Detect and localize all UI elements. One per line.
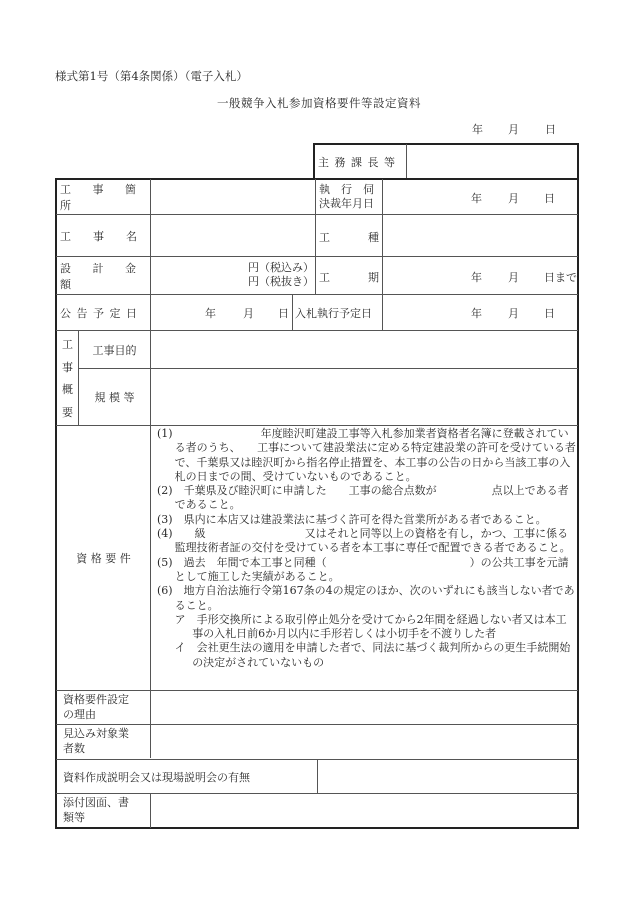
period-label-left: 工 xyxy=(319,269,330,285)
notice-date-label: 公 告 予 定 日 xyxy=(60,295,150,330)
work-type-field[interactable] xyxy=(383,215,577,256)
bid-day: 日 xyxy=(544,305,555,321)
scale-label: 規 模 等 xyxy=(79,369,150,425)
requirement-6-i: イ 会社更生法の適用を申請した者で、同法に基づく裁判所からの更生手続開始の決定が… xyxy=(157,641,577,670)
scale-field[interactable] xyxy=(151,369,577,425)
overview-char-3: 概 xyxy=(57,379,78,402)
overview-char-2: 事 xyxy=(57,357,78,380)
period-month: 月 xyxy=(508,269,519,285)
decision-date-field[interactable]: 年 月 日 xyxy=(383,190,577,204)
page-title: 一般競争入札参加資格要件等設定資料 xyxy=(217,95,421,111)
date-month: 月 xyxy=(508,121,519,137)
period-year: 年 xyxy=(471,269,482,285)
amount-tax-included: 円（税込み） xyxy=(151,261,314,275)
form-number: 様式第1号（第4条関係）（電子入札） xyxy=(55,68,248,84)
work-type-label-left: 工 xyxy=(319,229,330,245)
requirements-label: 資 格 要 件 xyxy=(57,426,150,690)
overview-char-1: 工 xyxy=(57,334,78,357)
reason-label: 資格要件設定 の理由 xyxy=(63,693,129,722)
decision-month: 月 xyxy=(508,190,519,206)
briefing-field[interactable] xyxy=(318,760,577,793)
notice-month: 月 xyxy=(243,305,254,321)
attachments-label: 添付図面、書 類等 xyxy=(63,796,129,825)
requirements-list: (1) 年度睦沢町建設工事等入札参加業者資格者名簿に登載されている者のうち、 工… xyxy=(157,427,577,670)
reason-field[interactable] xyxy=(151,691,577,724)
requirement-6: (6) 地方自治法施行令第167条の4の規定のほか、次のいずれにも該当しない者で… xyxy=(157,584,577,613)
date-day: 日 xyxy=(545,121,556,137)
purpose-label: 工事目的 xyxy=(79,331,150,368)
design-amount-label: 設 計 金 額 xyxy=(60,257,150,294)
location-field[interactable] xyxy=(151,179,315,214)
decision-year: 年 xyxy=(471,190,482,206)
briefing-label: 資料作成説明会又は現場説明会の有無 xyxy=(63,760,317,793)
purpose-field[interactable] xyxy=(151,331,577,368)
work-name-label: 工 事 名 xyxy=(60,215,150,256)
date-year: 年 xyxy=(472,121,483,137)
decision-date-label-line2: 決裁年月日 xyxy=(319,197,381,211)
decision-date-label: 執 行 伺 決裁年月日 xyxy=(319,183,381,211)
bid-month: 月 xyxy=(508,305,519,321)
period-field[interactable]: 年 月 日まで xyxy=(383,269,577,283)
attachments-field[interactable] xyxy=(151,794,577,827)
overview-group-label: 工 事 概 要 xyxy=(57,334,78,424)
decision-date-label-line1: 執 行 伺 xyxy=(319,183,381,197)
expected-bidders-label-line2: 者数 xyxy=(63,742,129,757)
notice-day: 日 xyxy=(278,305,289,321)
attachments-label-line2: 類等 xyxy=(63,811,129,826)
approval-label: 主 務 課 長 等 xyxy=(318,145,406,178)
expected-bidders-label-line1: 見込み対象業 xyxy=(63,727,129,742)
attachments-label-line1: 添付図面、書 xyxy=(63,796,129,811)
period-label-right: 期 xyxy=(368,269,379,285)
requirement-1: (1) 年度睦沢町建設工事等入札参加業者資格者名簿に登載されている者のうち、 工… xyxy=(157,427,577,484)
expected-bidders-field[interactable] xyxy=(151,725,577,759)
period-until: 日まで xyxy=(544,269,577,285)
work-type-label-right: 種 xyxy=(368,229,379,245)
overview-char-4: 要 xyxy=(57,402,78,425)
notice-year: 年 xyxy=(205,305,216,321)
reason-label-line2: の理由 xyxy=(63,708,129,723)
requirement-5: (5) 過去 年間で本工事と同種（ ）の公共工事を元請として施工した実績があるこ… xyxy=(157,556,577,585)
document-date: 年 月 日 xyxy=(0,121,630,135)
bid-date-label: 入札執行予定日 xyxy=(295,295,382,330)
location-label: 工 事 箇 所 xyxy=(60,179,150,214)
reason-label-line1: 資格要件設定 xyxy=(63,693,129,708)
design-amount-field[interactable]: 円（税込み） 円（税抜き） xyxy=(151,261,314,289)
expected-bidders-label: 見込み対象業 者数 xyxy=(63,727,129,756)
decision-day: 日 xyxy=(544,190,555,206)
requirement-3: (3) 県内に本店又は建設業法に基づく許可を得た営業所がある者であること。 xyxy=(157,513,577,527)
requirement-4: (4) 級 又はそれと同等以上の資格を有し，かつ、工事に係る監理技術者証の交付を… xyxy=(157,527,577,556)
requirement-2: (2) 千葉県及び睦沢町に申請した 工事の総合点数が 点以上である者であること。 xyxy=(157,484,577,513)
amount-tax-excluded: 円（税抜き） xyxy=(151,275,314,289)
bid-year: 年 xyxy=(471,305,482,321)
approval-field[interactable] xyxy=(407,145,577,178)
work-name-field[interactable] xyxy=(151,215,315,256)
requirement-6-a: ア 手形交換所による取引停止処分を受けてから2年間を経過しない者又は本工事の入札… xyxy=(157,613,577,642)
bid-date-field[interactable]: 年 月 日 xyxy=(383,305,577,319)
notice-date-field[interactable]: 年 月 日 xyxy=(151,305,292,319)
